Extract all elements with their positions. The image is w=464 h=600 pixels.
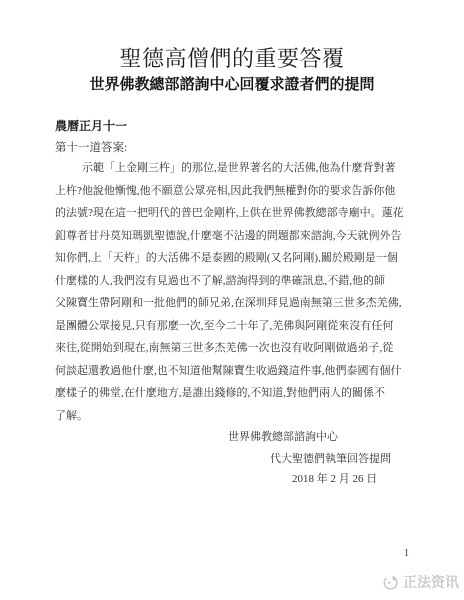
signature-writer: 代大聖德們執筆回答提問: [270, 450, 391, 466]
watermark: 正法资讯: [383, 572, 459, 592]
lunar-date-heading: 農曆正月十一: [55, 117, 127, 134]
document-page: 聖德高僧們的重要答覆 世界佛教總部諮詢中心回覆求證者們的提問 農曆正月十一 第十…: [0, 0, 464, 600]
body-line: 麼樣子的佛堂,在什麼地方,是誰出錢修的,不知道,對他們兩人的關係不: [55, 382, 417, 405]
zhengfa-logo-icon: [383, 574, 400, 591]
body-line: 上杵?他說他慚愧,他不願意公眾亮相,因此我們無權對你的要求告訴你他: [55, 180, 417, 203]
page-subtitle: 世界佛教總部諮詢中心回覆求證者們的提問: [0, 76, 464, 94]
body-line: 的法號?現在這一把明代的普巴金剛杵,上供在世界佛教總部寺廟中。蓮花: [55, 202, 417, 225]
body-line: 是團體公眾接見,只有那麼一次,至今二十年了,羌佛與阿剛從來沒有任何: [55, 315, 417, 338]
body-line: 了解。: [55, 405, 417, 428]
page-number: 1: [404, 548, 409, 559]
body-line: 釦尊者甘丹莫知瑪凱聖德說,什麼毫不沾邊的問題都來諮詢,今天就例外告: [55, 225, 417, 248]
body-line: 來往,從開始到現在,南無第三世多杰羌佛一次也沒有收阿剛做過弟子,從: [55, 337, 417, 360]
watermark-label: 正法资讯: [403, 572, 459, 592]
body-line: 父陳寶生帶阿剛和一批他們的師兄弟,在深圳拜見過南無第三世多杰羌佛,: [55, 292, 417, 315]
body-line: 示範「上金剛三杵」的那位,是世界著名的大活佛,他為什麼背對著: [55, 157, 417, 180]
answer-number-label: 第十一道答案:: [55, 139, 127, 155]
page-title: 聖德高僧們的重要答覆: [0, 46, 464, 72]
body-line: 知你們,上「天杵」的大活佛不是泰國的殿剛(又名阿剛),關於殿剛是一個: [55, 247, 417, 270]
body-line: 什麼樣的人,我們沒有見過也不了解,諮詢得到的準確訊息,不錯,他的師: [55, 270, 417, 293]
signature-date: 2018 年 2 月 26 日: [292, 470, 377, 486]
answer-body: 示範「上金剛三杵」的那位,是世界著名的大活佛,他為什麼背對著 上杵?他說他慚愧,…: [55, 157, 417, 427]
signature-organization: 世界佛教總部諮詢中心: [228, 428, 338, 444]
body-line: 何談起還教過他什麼,也不知道他幫陳寶生收過錢這件事,他們泰國有個什: [55, 360, 417, 383]
